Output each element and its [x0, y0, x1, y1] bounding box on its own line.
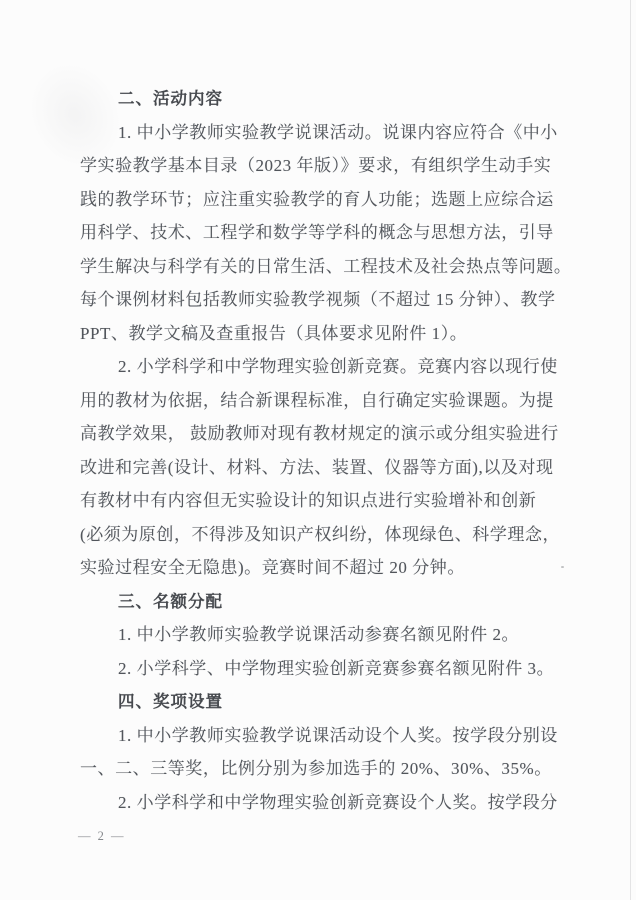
text-line: 2. 小学科学和中学物理实验创新竞赛设个人奖。按学段分 [80, 791, 558, 825]
text-line: 2. 小学科学、中学物理实验创新竞赛参赛名额见附件 3。 [80, 657, 558, 691]
section-heading: 三、名额分配 [80, 590, 558, 624]
text-line: 高教学效果， 鼓励教师对现有教材规定的演示或分组实验进行 [80, 422, 558, 456]
text-line: 1. 中小学教师实验教学说课活动设个人奖。按学段分别设 [80, 724, 558, 758]
scan-speck-artifact [561, 566, 564, 568]
text-line: 改进和完善(设计、材料、方法、装置、仪器等方面),以及对现 [80, 456, 558, 490]
text-line: 用的教材为依据，结合新课程标准，自行确定实验课题。为提 [80, 389, 558, 423]
text-line: 有教材中有内容但无实验设计的知识点进行实验增补和创新 [80, 489, 558, 523]
text-line: 每个课例材料包括教师实验教学视频（不超过 15 分钟）、教学 [80, 288, 558, 322]
scan-page-edge-line [630, 0, 631, 900]
text-line: 实验过程安全无隐患)。竞赛时间不超过 20 分钟。 [80, 556, 558, 590]
section-heading: 二、活动内容 [80, 87, 558, 121]
text-line: 1. 中小学教师实验教学说课活动参赛名额见附件 2。 [80, 623, 558, 657]
page-number: — 2 — [78, 829, 126, 844]
text-line: 一、二、三等奖，比例分别为参加选手的 20%、30%、35%。 [80, 757, 558, 791]
text-line: 学生解决与科学有关的日常生活、工程技术及社会热点等问题。 [80, 255, 558, 289]
text-line: 践的教学环节；应注重实验教学的育人功能；选题上应综合运 [80, 188, 558, 222]
text-line: 用科学、技术、工程学和数学等学科的概念与思想方法，引导 [80, 221, 558, 255]
text-line: 2. 小学科学和中学物理实验创新竞赛。竞赛内容以现行使 [80, 355, 558, 389]
text-line: PPT、教学文稿及查重报告（具体要求见附件 1）。 [80, 322, 558, 356]
document-body: 二、活动内容1. 中小学教师实验教学说课活动。说课内容应符合《中小学实验教学基本… [80, 87, 558, 824]
text-line: 学实验教学基本目录（2023 年版）》要求，有组织学生动手实 [80, 154, 558, 188]
section-heading: 四、奖项设置 [80, 690, 558, 724]
text-line: (必须为原创，不得涉及知识产权纠纷，体现绿色、科学理念， [80, 523, 558, 557]
document-page: 二、活动内容1. 中小学教师实验教学说课活动。说课内容应符合《中小学实验教学基本… [0, 0, 636, 900]
text-line: 1. 中小学教师实验教学说课活动。说课内容应符合《中小 [80, 121, 558, 155]
